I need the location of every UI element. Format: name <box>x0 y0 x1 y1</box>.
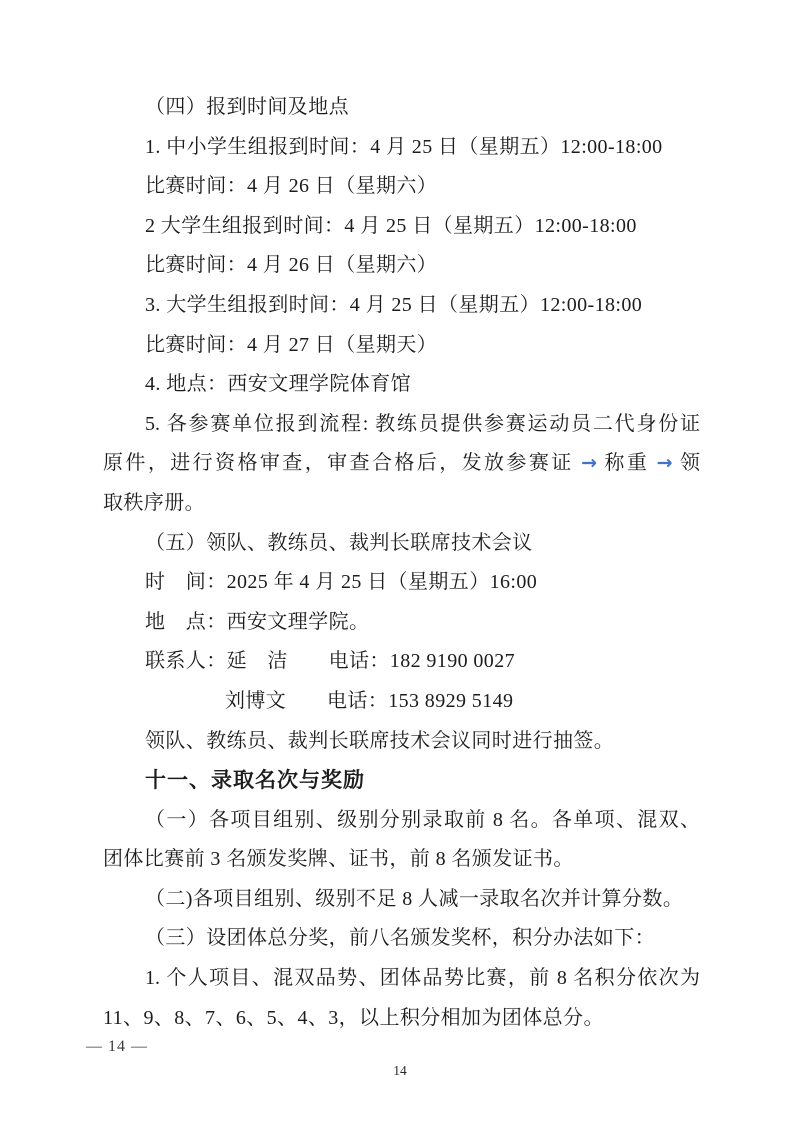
text-segment: 刘博文 电话：153 8929 5149 <box>225 690 513 712</box>
text-segment: （一）各项目组别、级别分别录取前 8 名。各单项、混双、 <box>145 809 700 831</box>
text-segment: 原件，进行资格审查，审查合格后，发放参赛证 <box>103 452 581 474</box>
text-segment: （二)各项目组别、级别不足 8 人减一录取名次并计算分数。 <box>145 888 683 910</box>
text-segment: 比赛时间：4 月 27 日（星期天） <box>145 334 437 356</box>
document-line: 取秩序册。 <box>103 484 700 524</box>
document-line: 刘博文 电话：153 8929 5149 <box>103 682 700 722</box>
section-heading: 十一、录取名次与奖励 <box>103 761 700 801</box>
text-segment: 4. 地点：西安文理学院体育馆 <box>145 373 411 395</box>
document-line: （四）报到时间及地点 <box>103 88 700 128</box>
document-line: 比赛时间：4 月 26 日（星期六） <box>103 246 700 286</box>
text-segment: 1. 中小学生组报到时间：4 月 25 日（星期五）12:00-18:00 <box>145 136 663 158</box>
arrow-right-icon: → <box>657 452 673 474</box>
document-line: （二)各项目组别、级别不足 8 人减一录取名次并计算分数。 <box>103 880 700 920</box>
text-segment: 联系人：延 洁 电话：182 9190 0027 <box>145 650 515 672</box>
document-line: 5. 各参赛单位报到流程: 教练员提供参赛运动员二代身份证 <box>103 405 700 445</box>
document-line: 3. 大学生组报到时间：4 月 25 日（星期五）12:00-18:00 <box>103 286 700 326</box>
text-segment: 比赛时间：4 月 26 日（星期六） <box>145 175 437 197</box>
document-line: （一）各项目组别、级别分别录取前 8 名。各单项、混双、 <box>103 801 700 841</box>
text-segment: 2 大学生组报到时间：4 月 25 日（星期五）12:00-18:00 <box>145 215 637 237</box>
text-segment: 领 <box>673 452 700 474</box>
document-line: 1. 中小学生组报到时间：4 月 25 日（星期五）12:00-18:00 <box>103 128 700 168</box>
text-segment: 团体比赛前 3 名颁发奖牌、证书，前 8 名颁发证书。 <box>103 848 574 870</box>
text-segment: 称重 <box>597 452 657 474</box>
text-segment: 地 点：西安文理学院。 <box>145 611 369 633</box>
text-segment: 取秩序册。 <box>103 492 205 514</box>
text-segment: 3. 大学生组报到时间：4 月 25 日（星期五）12:00-18:00 <box>145 294 642 316</box>
document-line: 比赛时间：4 月 26 日（星期六） <box>103 167 700 207</box>
document-line: 地 点：西安文理学院。 <box>103 603 700 643</box>
document-line: 2 大学生组报到时间：4 月 25 日（星期五）12:00-18:00 <box>103 207 700 247</box>
text-segment: 1. 个人项目、混双品势、团体品势比赛，前 8 名积分依次为 <box>145 967 700 989</box>
document-line: 比赛时间：4 月 27 日（星期天） <box>103 326 700 366</box>
text-segment: 时 间：2025 年 4 月 25 日（星期五）16:00 <box>145 571 537 593</box>
document-line: 团体比赛前 3 名颁发奖牌、证书，前 8 名颁发证书。 <box>103 840 700 880</box>
text-segment: 11、9、8、7、6、5、4、3，以上积分相加为团体总分。 <box>103 1007 604 1029</box>
document-line: 时 间：2025 年 4 月 25 日（星期五）16:00 <box>103 563 700 603</box>
document-line: （三）设团体总分奖，前八名颁发奖杯，积分办法如下： <box>103 919 700 959</box>
document-line: 11、9、8、7、6、5、4、3，以上积分相加为团体总分。 <box>103 999 700 1039</box>
document-line: 4. 地点：西安文理学院体育馆 <box>103 365 700 405</box>
arrow-right-icon: → <box>581 452 597 474</box>
page-number: 14 <box>0 1063 800 1079</box>
document-line: 原件，进行资格审查，审查合格后，发放参赛证 → 称重 → 领 <box>103 444 700 484</box>
text-segment: 十一、录取名次与奖励 <box>145 769 365 792</box>
text-segment: 领队、教练员、裁判长联席技术会议同时进行抽签。 <box>145 730 614 752</box>
document-lines: （四）报到时间及地点1. 中小学生组报到时间：4 月 25 日（星期五）12:0… <box>103 88 700 1038</box>
text-segment: （四）报到时间及地点 <box>145 96 349 118</box>
text-segment: （五）领队、教练员、裁判长联席技术会议 <box>145 532 533 554</box>
document-line: 联系人：延 洁 电话：182 9190 0027 <box>103 642 700 682</box>
margin-page-label: — 14 — <box>86 1038 148 1056</box>
text-segment: （三）设团体总分奖，前八名颁发奖杯，积分办法如下： <box>145 927 655 949</box>
document-page: （四）报到时间及地点1. 中小学生组报到时间：4 月 25 日（星期五）12:0… <box>0 0 800 1131</box>
document-line: 领队、教练员、裁判长联席技术会议同时进行抽签。 <box>103 722 700 762</box>
text-segment: 5. 各参赛单位报到流程: 教练员提供参赛运动员二代身份证 <box>145 413 700 435</box>
document-line: 1. 个人项目、混双品势、团体品势比赛，前 8 名积分依次为 <box>103 959 700 999</box>
text-segment: 比赛时间：4 月 26 日（星期六） <box>145 254 437 276</box>
document-line: （五）领队、教练员、裁判长联席技术会议 <box>103 524 700 564</box>
